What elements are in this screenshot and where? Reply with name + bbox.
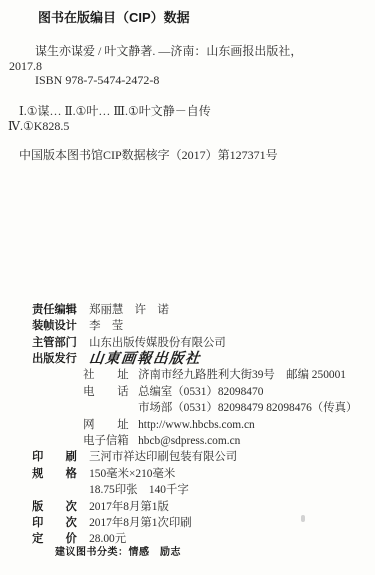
publication-info: 责任编辑郑丽慧 许 诺 装帧设计李 莹 主管部门山东出版传媒股份有限公司 出版发… bbox=[0, 286, 375, 532]
info-value-impression: 2017年8月第1次印刷 bbox=[89, 517, 192, 529]
info-label-supervisor: 主管部门 bbox=[32, 335, 89, 351]
info-label-address: 社 址 bbox=[83, 367, 138, 383]
info-value-edition: 2017年8月第1版 bbox=[89, 501, 169, 513]
info-label-format: 规 格 bbox=[32, 466, 89, 482]
info-label-edition: 版 次 bbox=[32, 499, 89, 515]
info-label-email: 电子信箱 bbox=[83, 433, 138, 449]
info-value-editor: 郑丽慧 许 诺 bbox=[89, 304, 169, 316]
cip-title: 图书在版编目（CIP）数据 bbox=[38, 10, 375, 25]
cip-block: 图书在版编目（CIP）数据 谋生亦谋爱 / 叶文静著. —济南：山东画报出版社，… bbox=[0, 10, 375, 163]
cip-classification-line2: Ⅳ.①K828.5 bbox=[8, 119, 375, 134]
cip-classification-line1: Ⅰ.①谋… Ⅱ.①叶… Ⅲ.①叶文静－自传 bbox=[19, 104, 375, 119]
cip-registry: 中国版本图书馆CIP数据核字（2017）第127371号 bbox=[19, 148, 375, 163]
info-value-designer: 李 莹 bbox=[89, 320, 123, 332]
info-value-printer: 三河市祥达印刷包装有限公司 bbox=[89, 451, 237, 463]
scan-artifact bbox=[301, 515, 305, 522]
info-value-supervisor: 山东出版传媒股份有限公司 bbox=[89, 337, 226, 349]
info-label-publisher: 出版发行 bbox=[32, 351, 89, 367]
info-value-phone-editorial: 总编室（0531）82098470 bbox=[138, 386, 263, 398]
cip-description-line2: 2017.8 bbox=[9, 59, 375, 74]
suggested-category: 建议图书分类：情感 励志 bbox=[55, 546, 375, 561]
info-label-designer: 装帧设计 bbox=[32, 318, 89, 334]
publisher-logo-script: 山東画報出版社 bbox=[88, 351, 202, 367]
info-label-price: 定 价 bbox=[32, 531, 89, 547]
cip-description-line1: 谋生亦谋爱 / 叶文静著. —济南：山东画报出版社， bbox=[35, 44, 375, 59]
info-label-editor: 责任编辑 bbox=[32, 302, 89, 318]
info-value-website-url: http://www.hbcbs.com.cn bbox=[138, 419, 255, 431]
info-value-address: 济南市经九路胜利大街39号 邮编 250001 bbox=[138, 369, 346, 381]
cip-isbn: ISBN 978-7-5474-2472-8 bbox=[35, 73, 375, 88]
info-row-editor: 责任编辑郑丽慧 许 诺 bbox=[15, 286, 375, 302]
info-value-format-sheets: 18.75印张 140千字 bbox=[89, 484, 189, 496]
colophon-page: 图书在版编目（CIP）数据 谋生亦谋爱 / 叶文静著. —济南：山东画报出版社，… bbox=[0, 0, 375, 575]
info-label-website: 网 址 bbox=[83, 417, 138, 433]
info-value-phone-market: 市场部（0531）82098479 82098476（传真） bbox=[138, 402, 357, 414]
info-label-impression: 印 次 bbox=[32, 515, 89, 531]
info-label-printer: 印 刷 bbox=[32, 449, 89, 465]
info-label-phone: 电 话 bbox=[83, 384, 138, 400]
info-value-format-size: 150毫米×210毫米 bbox=[89, 468, 175, 480]
info-value-email-address: hbcb@sdpress.com.cn bbox=[138, 435, 240, 447]
info-value-price: 28.00元 bbox=[89, 533, 126, 545]
